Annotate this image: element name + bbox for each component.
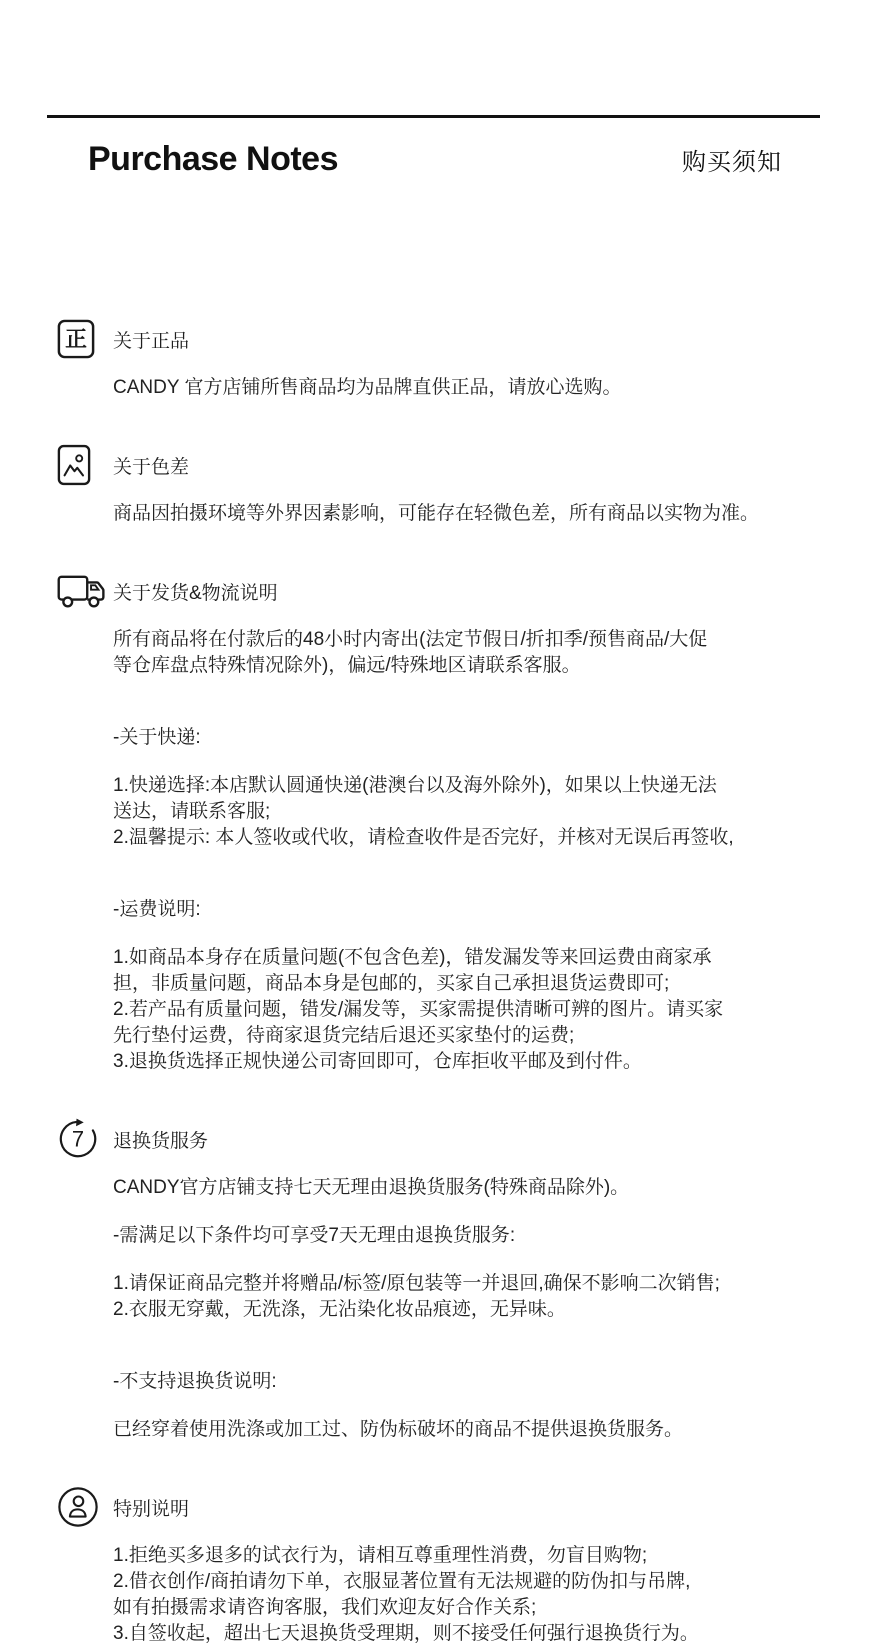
authentic-stamp-icon: 正 [57, 319, 113, 359]
section-paragraph: 商品因拍摄环境等外界因素影响，可能存在轻微色差，所有商品以实物为准。 [113, 501, 837, 527]
shipping-time-paragraph: 所有商品将在付款后的48小时内寄出(法定节假日/折扣季/预售商品/大促 等仓库盘… [113, 627, 837, 679]
return-policy-paragraph: CANDY官方店铺支持七天无理由退换货服务(特殊商品除外)。 [113, 1175, 837, 1201]
special-notes-paragraph: 1.拒绝买多退多的试衣行为，请相互尊重理性消费，勿盲目购物; 2.借衣创作/商拍… [113, 1543, 837, 1643]
section-title: 关于正品 [113, 326, 189, 353]
freight-paragraph: 1.如商品本身存在质量问题(不包含色差)，错发漏发等来回运费由商家承 担，非质量… [113, 945, 837, 1075]
no-return-subheading: -不支持退换货说明: [113, 1369, 837, 1395]
section-special-header: 特别说明 [0, 1485, 872, 1529]
section-paragraph: CANDY 官方店铺所售商品均为品牌直供正品，请放心选购。 [113, 375, 837, 401]
section-authenticity-header: 正 关于正品 [0, 317, 872, 361]
person-circle-icon [57, 1486, 113, 1528]
section-title: 关于发货&物流说明 [113, 578, 278, 605]
photo-icon [57, 444, 113, 486]
section-return-header: 7 退换货服务 [0, 1117, 872, 1161]
return-conditions-paragraph: 1.请保证商品完整并将赠品/标签/原包装等一并退回,确保不影响二次销售; 2.衣… [113, 1271, 837, 1323]
section-authenticity: 正 关于正品 CANDY 官方店铺所售商品均为品牌直供正品，请放心选购。 [0, 317, 872, 401]
page-title-english: Purchase Notes [88, 140, 338, 179]
section-shipping-header: 关于发货&物流说明 [0, 569, 872, 613]
svg-text:7: 7 [72, 1127, 84, 1152]
page-title-chinese: 购买须知 [682, 142, 782, 177]
seven-day-return-icon: 7 [57, 1118, 113, 1160]
section-title: 关于色差 [113, 452, 189, 479]
courier-subheading: -关于快递: [113, 725, 837, 751]
delivery-truck-icon [57, 572, 113, 610]
freight-subheading: -运费说明: [113, 897, 837, 923]
page-header: Purchase Notes 购买须知 [88, 140, 782, 179]
svg-text:正: 正 [65, 327, 87, 352]
section-title: 特别说明 [113, 1494, 189, 1521]
no-return-paragraph: 已经穿着使用洗涤或加工过、防伪标破坏的商品不提供退换货服务。 [113, 1417, 837, 1443]
header-divider [47, 115, 820, 118]
section-return-service: 7 退换货服务 CANDY官方店铺支持七天无理由退换货服务(特殊商品除外)。 -… [0, 1117, 872, 1443]
return-conditions-subheading: -需满足以下条件均可享受7天无理由退换货服务: [113, 1223, 837, 1249]
section-color-difference: 关于色差 商品因拍摄环境等外界因素影响，可能存在轻微色差，所有商品以实物为准。 [0, 443, 872, 527]
section-color-difference-header: 关于色差 [0, 443, 872, 487]
section-title: 退换货服务 [113, 1126, 208, 1153]
section-special-notes: 特别说明 1.拒绝买多退多的试衣行为，请相互尊重理性消费，勿盲目购物; 2.借衣… [0, 1485, 872, 1643]
section-shipping-logistics: 关于发货&物流说明 所有商品将在付款后的48小时内寄出(法定节假日/折扣季/预售… [0, 569, 872, 1075]
courier-paragraph: 1.快递选择:本店默认圆通快递(港澳台以及海外除外)，如果以上快递无法 送达，请… [113, 773, 837, 851]
